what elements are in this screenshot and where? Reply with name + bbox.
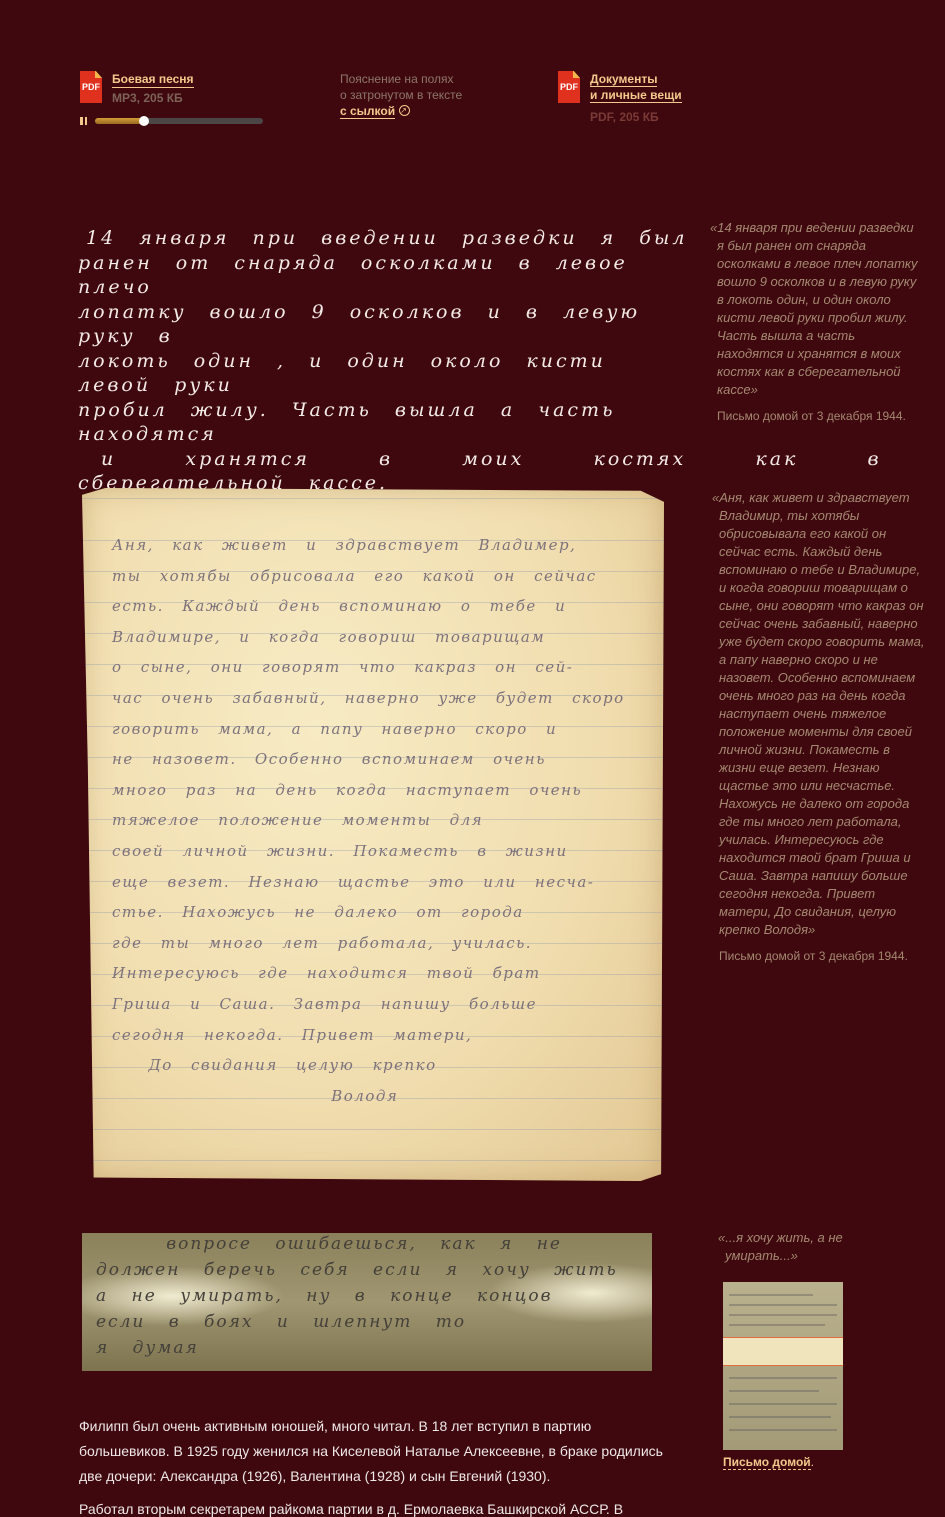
pdf-icon[interactable]: PDF [80, 71, 102, 103]
margin-note: Пояснение на полях о затронутом в тексте… [340, 71, 462, 119]
documents-link-line1[interactable]: Документы [590, 72, 657, 87]
quote-source: Письмо домой от 3 декабря 1944. [712, 949, 927, 963]
margin-note-line1: Пояснение на полях [340, 71, 462, 87]
quote-block-2: «Аня, как живет и здравствует Владимир, … [712, 489, 927, 963]
audio-progress-knob[interactable] [139, 116, 149, 126]
audio-player [80, 117, 263, 125]
thumbnail-caption-link[interactable]: Письмо домой [723, 1455, 811, 1470]
thumb-scribble [729, 1390, 819, 1392]
handwriting-line: ранен от снаряда осколками в левое плечо [78, 251, 688, 300]
quote-text: «Аня, как живет и здравствует Владимир, … [712, 489, 927, 939]
margin-note-link[interactable]: с сылкой [340, 104, 395, 119]
pause-icon[interactable] [80, 117, 87, 125]
thumb-highlight [723, 1337, 843, 1366]
thumb-scribble [729, 1416, 831, 1418]
letter-image[interactable]: Аня, как живет и здравствует Владимер, т… [82, 488, 664, 1181]
thumb-scribble [729, 1314, 837, 1316]
handwritten-note: 14 января при введении разведки я был ра… [78, 226, 688, 496]
letter-fragment-handwriting: вопросе ошибаешься, как я не должен бере… [96, 1233, 646, 1361]
letter-handwriting: Аня, как живет и здравствует Владимер, т… [112, 530, 650, 1111]
quote-block-3: «...я хочу жить, а не умирать...» [718, 1229, 885, 1265]
letter-fragment-image[interactable]: вопросе ошибаешься, как я не должен бере… [82, 1233, 652, 1371]
thumb-scribble [729, 1403, 837, 1405]
documents-link-block: Документы и личные вещи [590, 71, 682, 103]
documents-link-line2[interactable]: и личные вещи [590, 88, 682, 103]
documents-download: PDF [558, 71, 580, 103]
documents-file-meta: PDF, 205 КБ [590, 110, 659, 124]
thumb-scribble [729, 1324, 825, 1326]
pdf-icon[interactable]: PDF [558, 71, 580, 103]
audio-progress-slider[interactable] [95, 118, 263, 124]
biography-paragraph-2: Работал вторым секретарем райкома партии… [79, 1497, 679, 1517]
song-download: PDF [80, 71, 102, 103]
thumbnail-caption: Письмо домой. [723, 1453, 814, 1471]
external-link-icon[interactable] [399, 105, 410, 116]
handwriting-line: лопатку вошло 9 осколков и в левую руку … [78, 300, 688, 349]
margin-note-line2: о затронутом в тексте [340, 87, 462, 103]
thumb-scribble [729, 1304, 837, 1306]
handwriting-line: 14 января при введении разведки я был [78, 226, 688, 251]
thumb-scribble [729, 1377, 837, 1379]
quote-source: Письмо домой от 3 декабря 1944. [710, 409, 922, 423]
quote-block-1: «14 января при ведении разведки я был ра… [710, 219, 922, 423]
audio-progress-fill [95, 118, 143, 124]
quote-text: «14 января при ведении разведки я был ра… [710, 219, 922, 399]
song-file-meta: MP3, 205 КБ [112, 91, 183, 105]
thumb-scribble [729, 1429, 837, 1431]
thumb-scribble [729, 1294, 813, 1296]
handwriting-line: и хранятся в моих костях как в [78, 447, 688, 472]
biography-paragraph-1: Филипп был очень активным юношей, много … [79, 1414, 669, 1489]
letter-thumbnail[interactable] [723, 1282, 843, 1450]
handwriting-line: пробил жилу. Часть вышла а часть находят… [78, 398, 688, 447]
song-download-link[interactable]: Боевая песня [112, 71, 194, 88]
handwriting-line: локоть один , и один около кисти левой р… [78, 349, 688, 398]
